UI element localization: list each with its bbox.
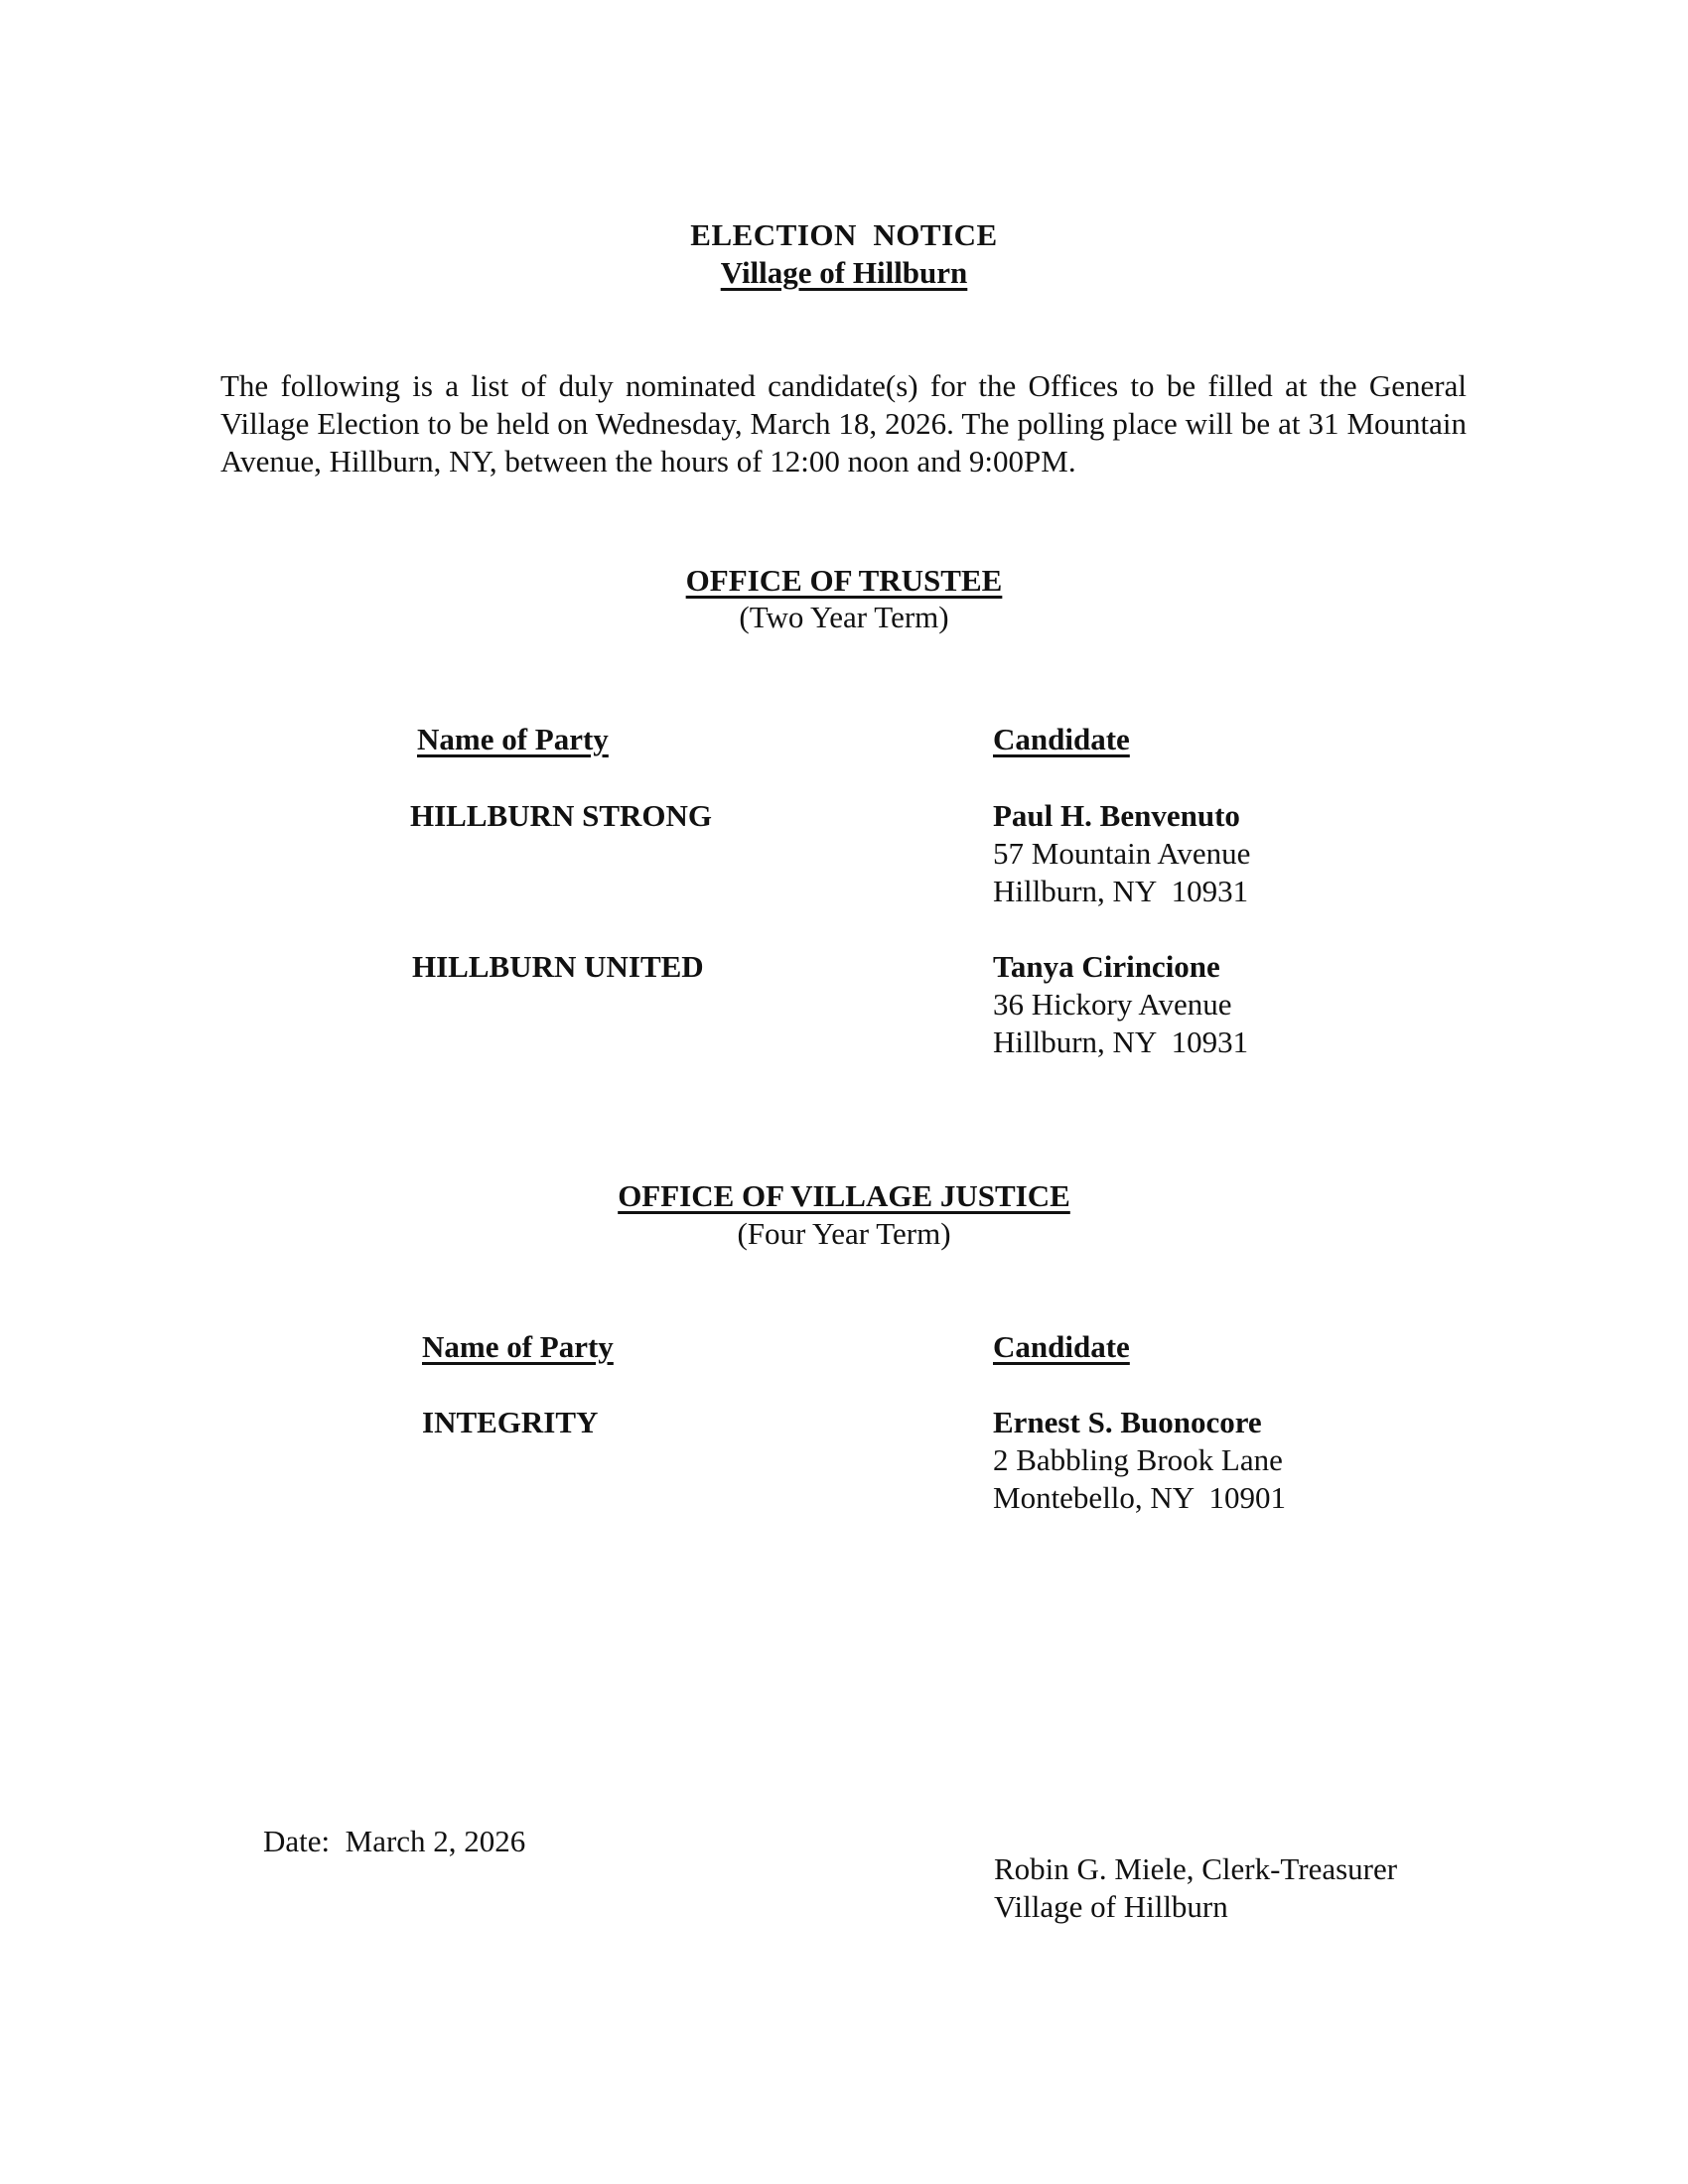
candidate-address-line2: Montebello, NY 10901 (993, 1479, 1286, 1517)
notice-subtitle-wrap: Village of Hillburn (0, 254, 1688, 292)
party-name: INTEGRITY (422, 1404, 598, 1441)
notice-subtitle: Village of Hillburn (721, 255, 968, 290)
justice-office-heading: OFFICE OF VILLAGE JUSTICE (618, 1178, 1070, 1213)
notice-title: ELECTION NOTICE (0, 216, 1688, 254)
candidate-entry: Paul H. Benvenuto 57 Mountain Avenue Hil… (993, 797, 1250, 910)
justice-heading-wrap: OFFICE OF VILLAGE JUSTICE (0, 1177, 1688, 1215)
candidate-address-line1: 2 Babbling Brook Lane (993, 1441, 1286, 1479)
candidate-address-line2: Hillburn, NY 10931 (993, 1024, 1248, 1061)
candidate-entry: Tanya Cirincione 36 Hickory Avenue Hillb… (993, 948, 1248, 1061)
candidate-name: Tanya Cirincione (993, 948, 1248, 986)
candidate-name: Paul H. Benvenuto (993, 797, 1250, 835)
trustee-candidate-header: Candidate (993, 721, 1130, 758)
trustee-office-heading: OFFICE OF TRUSTEE (686, 563, 1003, 598)
candidate-address-line1: 36 Hickory Avenue (993, 986, 1248, 1024)
party-name: HILLBURN UNITED (412, 948, 704, 986)
candidate-name: Ernest S. Buonocore (993, 1404, 1286, 1441)
candidate-address-line2: Hillburn, NY 10931 (993, 873, 1250, 910)
justice-term: (Four Year Term) (0, 1215, 1688, 1253)
signature-organization: Village of Hillburn (994, 1888, 1397, 1926)
signature-block: Robin G. Miele, Clerk-Treasurer Village … (994, 1850, 1397, 1926)
candidate-entry: Ernest S. Buonocore 2 Babbling Brook Lan… (993, 1404, 1286, 1517)
justice-candidate-header: Candidate (993, 1328, 1130, 1366)
signature-name: Robin G. Miele, Clerk-Treasurer (994, 1850, 1397, 1888)
trustee-heading-wrap: OFFICE OF TRUSTEE (0, 562, 1688, 600)
trustee-party-header: Name of Party (417, 721, 609, 758)
notice-date: Date: March 2, 2026 (263, 1823, 525, 1860)
candidate-address-line1: 57 Mountain Avenue (993, 835, 1250, 873)
justice-party-header: Name of Party (422, 1328, 614, 1366)
trustee-term: (Two Year Term) (0, 599, 1688, 636)
intro-paragraph: The following is a list of duly nominate… (220, 367, 1467, 480)
party-name: HILLBURN STRONG (410, 797, 712, 835)
